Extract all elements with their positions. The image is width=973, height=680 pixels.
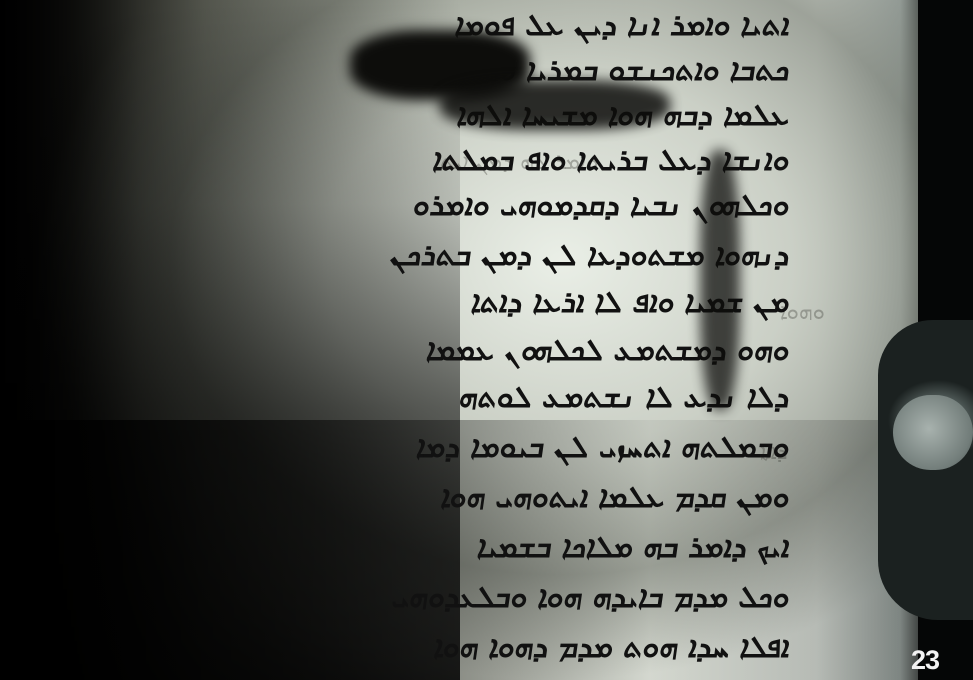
thumbnail-nail	[893, 395, 973, 470]
script-line: ܐܦܠܐ ܚܕܐ ܗܘܬ ܡܕܡ ܕܗܘܐ ܗܘܐ	[28, 630, 793, 664]
script-line: ܘܟܠ ܡܕܡ ܒܐܝܕܗ ܗܘܐ ܘܒܠܥܕܘܗܝ	[28, 580, 793, 614]
script-line: ܐܝܟ ܕܐܡܪ ܒܗ ܡܠܐܟܐ ܒܫܡܝܐ	[28, 530, 793, 564]
water-stain-streak	[700, 150, 740, 410]
script-line: ܕܢܗܘܐ ܡܫܬܘܕܥܐ ܠܢ ܕܡܢ ܒܬܪܟܢ	[28, 238, 793, 272]
ink-stain	[440, 80, 670, 130]
script-line: ܡܢ ܫܡܝܐ ܘܐܦ ܠܐ ܐܪܥܐ ܕܐܬܐ	[28, 285, 793, 319]
script-line: ܘܐܢܫܐ ܕܥܠ ܒܪܝܬܐ ܘܐܦ ܒܡܠܬܐ	[28, 143, 793, 177]
script-line: ܘܡܢ ܩܕܡ ܥܠܡܐ ܐܝܬܘܗܝ ܗܘܐ	[28, 480, 793, 514]
script-line: ܕܠܐ ܢܕܥ ܠܐ ܢܫܬܡܥ ܠܘܬܗ	[28, 380, 793, 414]
script-line: ܘܟܠܗܘܢ ܢܒܝܐ ܕܩܕܡܘܗܝ ܘܐܡܪܘ	[28, 188, 793, 222]
script-line: ܘܒܡܠܬܗ ܐܬܚܙܝ ܠܢ ܒܝܘܡܐ ܕܡܐ	[28, 430, 793, 464]
manuscript-photo: ܘܐܡܪ ܠܗ ܕܡܢ ܐܝܬ ܘܗܘܐ ܕܐܬܐ ܐܬܝܐ ܘܐܡܪ ܐܢܐ …	[0, 0, 973, 680]
script-line: ܘܗܘ ܕܡܫܬܡܥ ܠܟܠܗܘܢ ܥܡܡܐ	[28, 333, 793, 367]
thumb	[878, 320, 973, 620]
script-line: ܥܠܡܐ ܕܒܗ ܗܘܐ ܡܫܝܚܐ ܐܠܗܐ	[28, 98, 793, 132]
script-block: ܐܬܝܐ ܘܐܡܪ ܐܢܐ ܕܝܢ ܥܠ ܦܘܡܐ ܟܬܒܐ ܘܐܬܟܢܫܘ ܒ…	[30, 0, 790, 680]
page-number: 23	[911, 647, 939, 674]
